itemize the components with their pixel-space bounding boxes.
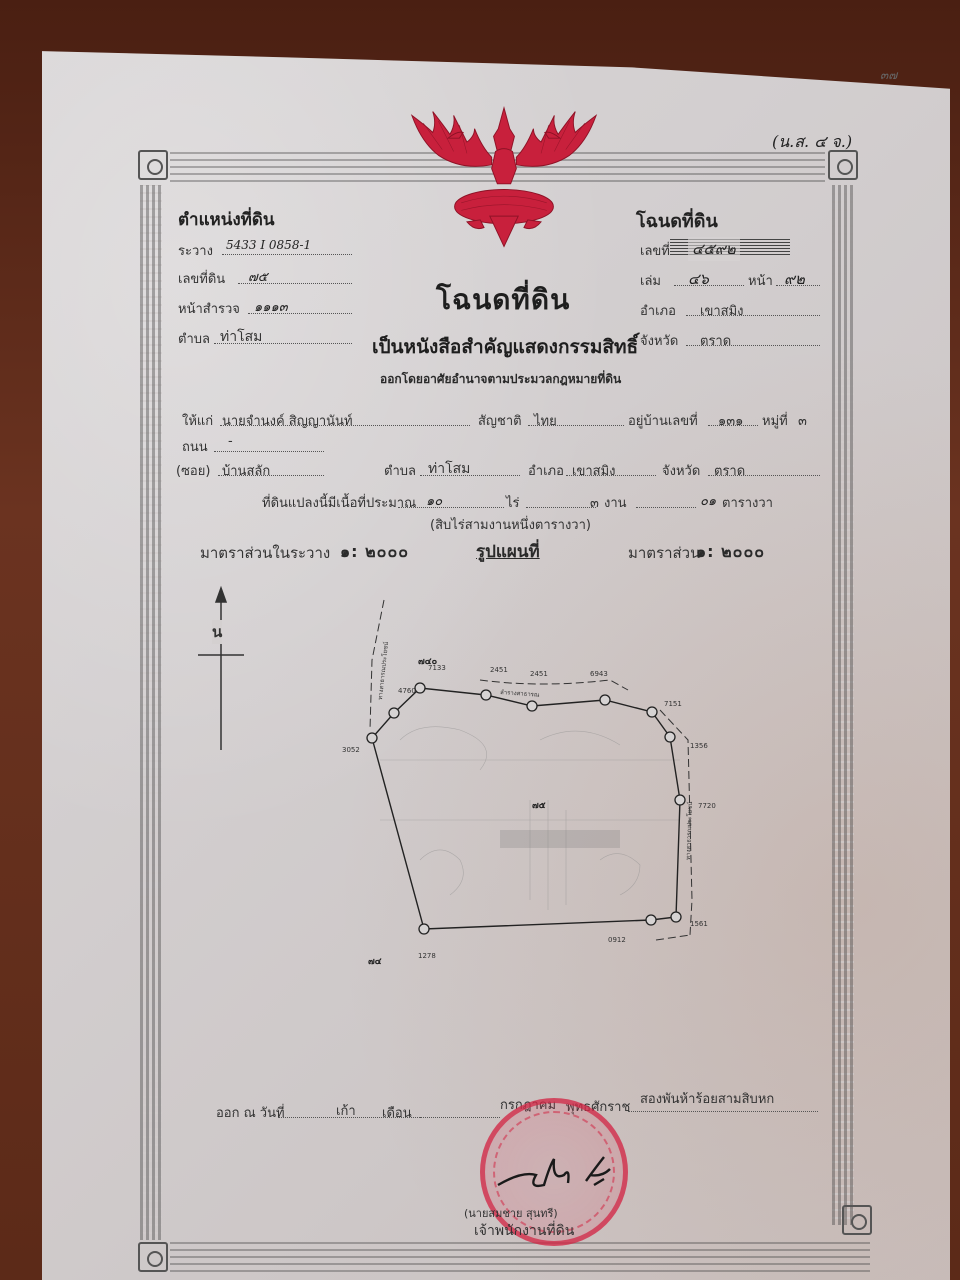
value-amphoe: เขาสมิง	[700, 300, 743, 321]
document-subtitle: เป็นหนังสือสำคัญแสดงกรรมสิทธิ์	[372, 332, 638, 362]
fill-line	[222, 254, 352, 255]
owner-name: นายจำนงค์ สิญญานันท์	[222, 410, 353, 431]
value-sheet: 5433 I 0858-1	[226, 238, 311, 252]
parcel-map: 3052 4760 7133 2451 2451 6943 7151 1356 …	[190, 580, 750, 1000]
scale-value: ๑: ๒๐๐๐	[696, 540, 765, 565]
label-parcel-no: เลขที่ดิน	[178, 268, 225, 289]
area-in-words: (สิบไร่สามงานหนึ่งตารางวา)	[430, 514, 591, 535]
label-province: จังหวัด	[640, 330, 678, 351]
svg-text:1278: 1278	[418, 952, 436, 960]
label-road: ถนน	[182, 436, 208, 457]
owner-house-no: ๑๓๑	[718, 410, 743, 431]
fill-line	[526, 507, 596, 508]
label-soi: (ซอย)	[176, 460, 210, 481]
north-label: น	[212, 620, 222, 644]
fill-line	[398, 507, 504, 508]
scale-label: มาตราส่วน	[628, 541, 700, 565]
value-page: ๙๒	[784, 267, 805, 291]
svg-text:1356: 1356	[690, 742, 708, 750]
corner-ornament-bottom-left	[138, 1242, 168, 1272]
svg-text:0912: 0912	[608, 936, 626, 944]
owner-tambon: ท่าโสม	[428, 458, 470, 480]
value-province: ตราด	[700, 330, 731, 351]
border-microtext-right	[832, 185, 854, 1225]
fill-line	[420, 1117, 500, 1118]
label-sheet: ระวาง	[178, 240, 213, 261]
issued-day: เก้า	[336, 1100, 356, 1121]
area-rai: ๑๐	[426, 490, 442, 511]
officer-signature	[492, 1145, 632, 1200]
value-volume: ๔๖	[688, 267, 709, 291]
value-parcel-no: ๗๕	[248, 266, 268, 287]
owner-soi: บ้านสลัก	[222, 460, 270, 481]
deed-heading: โฉนดที่ดิน	[636, 206, 718, 235]
svg-text:3052: 3052	[342, 746, 360, 754]
document-title: โฉนดที่ดิน	[436, 278, 570, 322]
location-heading: ตำแหน่งที่ดิน	[178, 206, 275, 233]
value-deed-no: ๔๕๙๒	[688, 237, 740, 261]
svg-text:7151: 7151	[664, 700, 682, 708]
svg-text:2451: 2451	[490, 666, 508, 674]
form-code: (น.ส. ๔ จ.)	[772, 130, 852, 155]
area-wa-label: ตารางวา	[722, 492, 773, 513]
value-tambon: ท่าโสม	[220, 326, 262, 348]
corner-mark: ๓๗	[880, 66, 897, 85]
corner-ornament-top-left	[138, 150, 168, 180]
owner-province: ตราด	[714, 460, 745, 481]
label-house-no: อยู่บ้านเลขที่	[628, 410, 698, 431]
owner-amphoe: เขาสมิง	[572, 460, 615, 481]
label-survey-page: หน้าสำรวจ	[178, 298, 240, 319]
fill-line	[214, 451, 324, 452]
label-issued-on: ออก ณ วันที่	[216, 1102, 285, 1123]
label-to: ให้แก่	[182, 410, 213, 431]
svg-text:ทางสาธารณประโยชน์: ทางสาธารณประโยชน์	[376, 641, 390, 700]
label-nationality: สัญชาติ	[478, 410, 522, 431]
svg-text:2451: 2451	[530, 670, 548, 678]
svg-text:4760: 4760	[398, 687, 416, 695]
scale-sheet-value: ๑: ๒๐๐๐	[340, 540, 409, 565]
label-page: หน้า	[748, 270, 773, 291]
area-prefix: ที่ดินแปลงนี้มีเนื้อที่ประมาณ	[262, 492, 416, 513]
border-microtext-bottom	[170, 1240, 870, 1272]
fill-line	[628, 1111, 818, 1112]
fill-line	[636, 507, 696, 508]
label-amphoe: อำเภอ	[640, 300, 676, 321]
area-ngan: ๓	[590, 492, 599, 513]
value-survey-page: ๑๑๑๓	[254, 296, 288, 317]
area-rai-label: ไร่	[506, 492, 520, 513]
label-owner-tambon: ตำบล	[384, 460, 416, 481]
corner-ornament-bottom-right	[842, 1205, 872, 1235]
issued-by-text: ออกโดยอาศัยอำนาจตามประมวลกฎหมายที่ดิน	[380, 370, 621, 389]
svg-text:๗๕: ๗๕	[532, 801, 546, 811]
svg-text:ลำรางสาธารณ: ลำรางสาธารณ	[500, 689, 540, 699]
label-deed-no: เลขที่	[640, 240, 670, 261]
label-tambon: ตำบล	[178, 328, 210, 349]
issued-year: สองพันห้าร้อยสามสิบหก	[640, 1088, 774, 1109]
border-microtext-left	[140, 185, 162, 1240]
area-ngan-label: งาน	[604, 492, 627, 513]
garuda-emblem-icon	[402, 104, 606, 256]
area-wa: ๐๑	[700, 490, 716, 511]
svg-text:7720: 7720	[698, 802, 716, 810]
label-moo: หมู่ที่	[762, 410, 788, 431]
label-owner-amphoe: อำเภอ	[528, 460, 564, 481]
label-month: เดือน	[382, 1102, 412, 1123]
owner-road: -	[228, 434, 233, 449]
label-owner-province: จังหวัด	[662, 460, 700, 481]
svg-text:๗๔: ๗๔	[368, 957, 382, 967]
svg-text:6943: 6943	[590, 670, 608, 678]
map-title: รูปแผนที่	[476, 538, 540, 565]
svg-text:ทางสาธารณประโยชน์: ทางสาธารณประโยชน์	[684, 801, 694, 860]
officer-title: เจ้าพนักงานที่ดิน	[474, 1220, 574, 1242]
owner-nationality: ไทย	[534, 410, 557, 431]
svg-text:๗๔๐: ๗๔๐	[418, 657, 438, 667]
owner-moo: ๓	[798, 410, 807, 431]
label-volume: เล่ม	[640, 270, 661, 291]
scale-sheet-label: มาตราส่วนในระวาง	[200, 541, 330, 565]
svg-text:1561: 1561	[690, 920, 708, 928]
fill-line	[674, 285, 744, 286]
smudge	[500, 830, 620, 848]
